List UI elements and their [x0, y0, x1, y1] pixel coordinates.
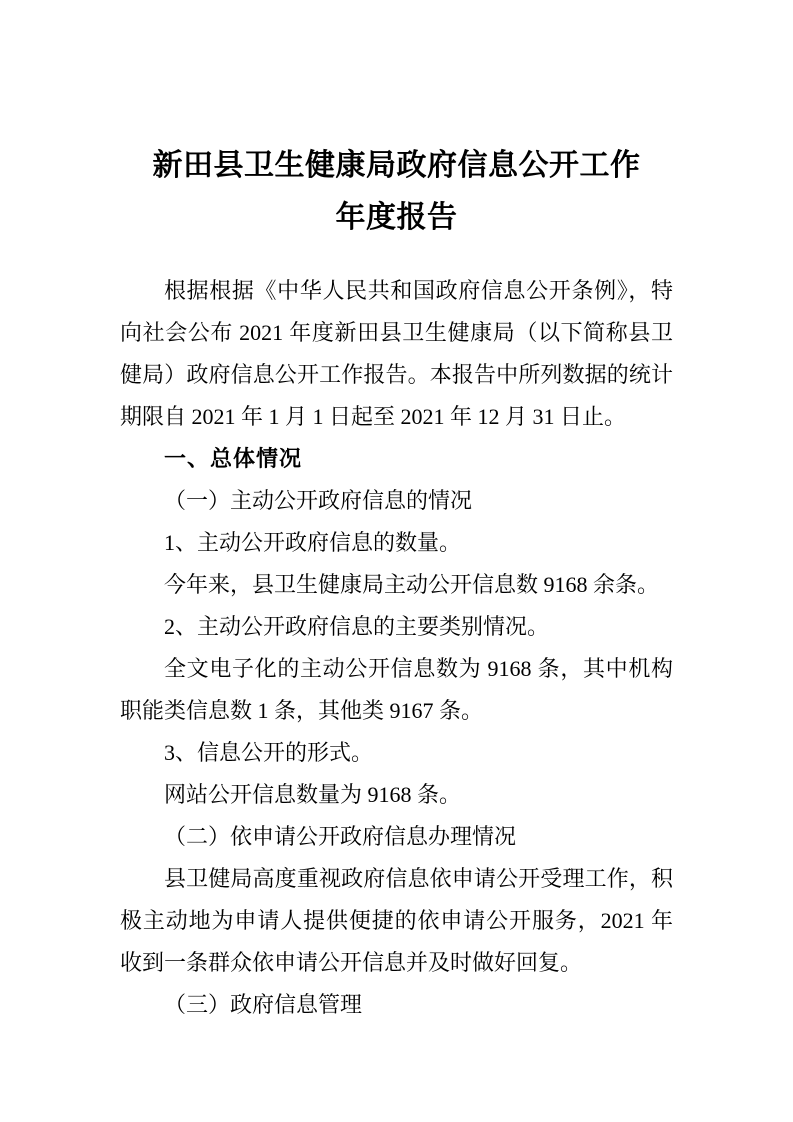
paragraph-subsection-2-title: （二）依申请公开政府信息办理情况 [120, 816, 673, 858]
document-page: 新田县卫生健康局政府信息公开工作 年度报告 根据根据《中华人民共和国政府信息公开… [0, 0, 793, 1122]
paragraph-item-1-body: 今年来，县卫生健康局主动公开信息数 9168 余条。 [120, 564, 673, 606]
paragraph-intro: 根据根据《中华人民共和国政府信息公开条例》，特向社会公布 2021 年度新田县卫… [120, 270, 673, 438]
paragraph-item-2-title: 2、主动公开政府信息的主要类别情况。 [120, 606, 673, 648]
document-body: 根据根据《中华人民共和国政府信息公开条例》，特向社会公布 2021 年度新田县卫… [120, 270, 673, 1026]
paragraph-item-3-title: 3、信息公开的形式。 [120, 732, 673, 774]
paragraph-item-3-body: 网站公开信息数量为 9168 条。 [120, 774, 673, 816]
document-title-line-2: 年度报告 [120, 192, 673, 244]
paragraph-subsection-2-body: 县卫健局高度重视政府信息依申请公开受理工作，积极主动地为申请人提供便捷的依申请公… [120, 858, 673, 984]
document-title-line-1: 新田县卫生健康局政府信息公开工作 [120, 140, 673, 192]
paragraph-item-2-body: 全文电子化的主动公开信息数为 9168 条，其中机构职能类信息数 1 条，其他类… [120, 648, 673, 732]
document-title: 新田县卫生健康局政府信息公开工作 年度报告 [120, 140, 673, 244]
paragraph-subsection-3-title: （三）政府信息管理 [120, 984, 673, 1026]
section-heading-overall-situation: 一、总体情况 [120, 438, 673, 480]
paragraph-subsection-1-title: （一）主动公开政府信息的情况 [120, 480, 673, 522]
paragraph-item-1-title: 1、主动公开政府信息的数量。 [120, 522, 673, 564]
